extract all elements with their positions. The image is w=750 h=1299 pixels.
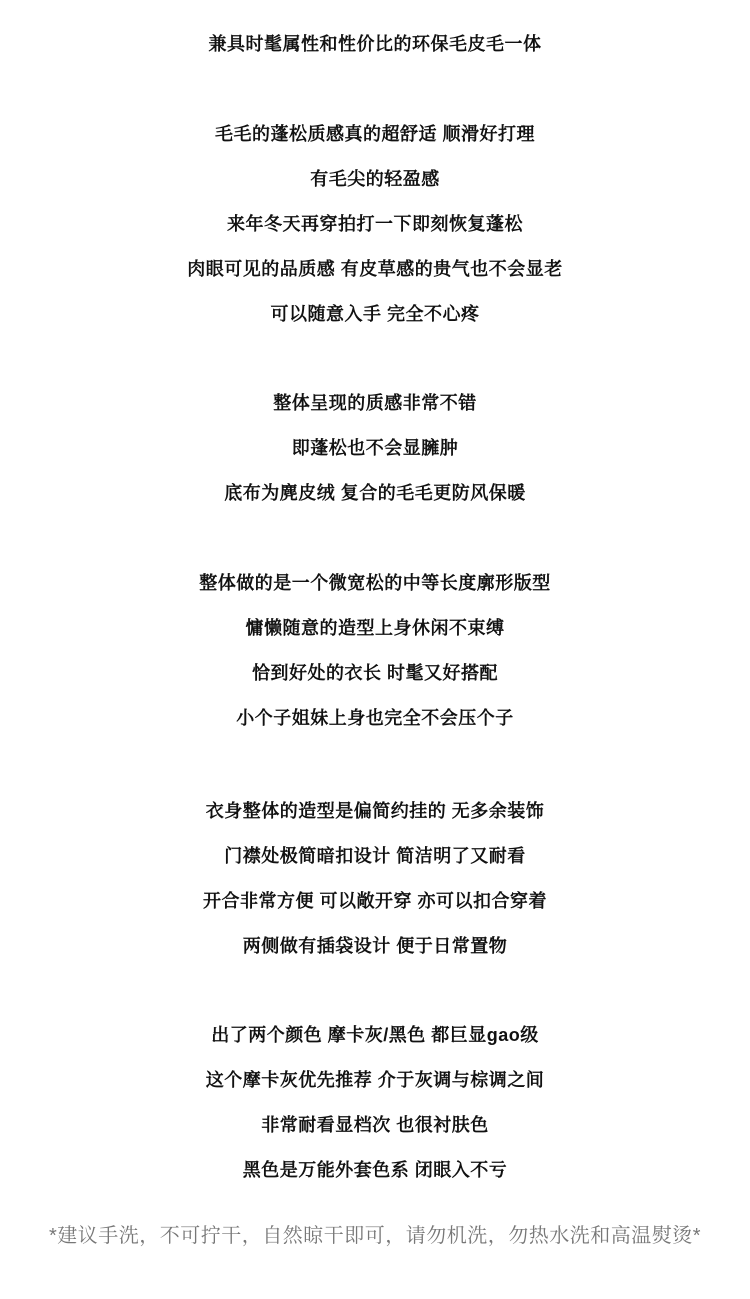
text-line: 这个摩卡灰优先推荐 介于灰调与棕调之间 bbox=[0, 1058, 750, 1103]
text-line: 两侧做有插袋设计 便于日常置物 bbox=[0, 924, 750, 969]
text-line: 衣身整体的造型是偏简约挂的 无多余装饰 bbox=[0, 789, 750, 834]
text-line: 有毛尖的轻盈感 bbox=[0, 157, 750, 202]
care-instructions: *建议手洗，不可拧干，自然晾干即可，请勿机洗，勿热水洗和高温熨烫* bbox=[0, 1214, 750, 1259]
page-title: 兼具时髦属性和性价比的环保毛皮毛一体 bbox=[0, 22, 750, 67]
text-line: 出了两个颜色 摩卡灰/黑色 都巨显gao级 bbox=[0, 1013, 750, 1058]
section-texture: 毛毛的蓬松质感真的超舒适 顺滑好打理 有毛尖的轻盈感 来年冬天再穿拍打一下即刻恢… bbox=[0, 112, 750, 337]
text-line: 恰到好处的衣长 时髦又好搭配 bbox=[0, 651, 750, 696]
section-design: 衣身整体的造型是偏简约挂的 无多余装饰 门襟处极简暗扣设计 简洁明了又耐看 开合… bbox=[0, 789, 750, 969]
text-line: 非常耐看显档次 也很衬肤色 bbox=[0, 1103, 750, 1148]
section-fit: 整体做的是一个微宽松的中等长度廓形版型 慵懒随意的造型上身休闲不束缚 恰到好处的… bbox=[0, 561, 750, 741]
text-line: 肉眼可见的品质感 有皮草感的贵气也不会显老 bbox=[0, 247, 750, 292]
text-line: 整体呈现的质感非常不错 bbox=[0, 381, 750, 426]
text-line: 门襟处极简暗扣设计 简洁明了又耐看 bbox=[0, 834, 750, 879]
text-line: 毛毛的蓬松质感真的超舒适 顺滑好打理 bbox=[0, 112, 750, 157]
text-line: 可以随意入手 完全不心疼 bbox=[0, 292, 750, 337]
section-colors: 出了两个颜色 摩卡灰/黑色 都巨显gao级 这个摩卡灰优先推荐 介于灰调与棕调之… bbox=[0, 1013, 750, 1193]
section-title: 兼具时髦属性和性价比的环保毛皮毛一体 bbox=[0, 22, 750, 67]
text-line: 底布为麂皮绒 复合的毛毛更防风保暖 bbox=[0, 471, 750, 516]
text-line: 即蓬松也不会显臃肿 bbox=[0, 426, 750, 471]
text-line: 黑色是万能外套色系 闭眼入不亏 bbox=[0, 1148, 750, 1193]
product-description-page: 兼具时髦属性和性价比的环保毛皮毛一体 毛毛的蓬松质感真的超舒适 顺滑好打理 有毛… bbox=[0, 0, 750, 1299]
text-line: 慵懒随意的造型上身休闲不束缚 bbox=[0, 606, 750, 651]
section-quality: 整体呈现的质感非常不错 即蓬松也不会显臃肿 底布为麂皮绒 复合的毛毛更防风保暖 bbox=[0, 381, 750, 516]
text-line: 小个子姐妹上身也完全不会压个子 bbox=[0, 696, 750, 741]
section-care-note: *建议手洗，不可拧干，自然晾干即可，请勿机洗，勿热水洗和高温熨烫* bbox=[0, 1214, 750, 1259]
text-line: 开合非常方便 可以敞开穿 亦可以扣合穿着 bbox=[0, 879, 750, 924]
text-line: 整体做的是一个微宽松的中等长度廓形版型 bbox=[0, 561, 750, 606]
text-line: 来年冬天再穿拍打一下即刻恢复蓬松 bbox=[0, 202, 750, 247]
